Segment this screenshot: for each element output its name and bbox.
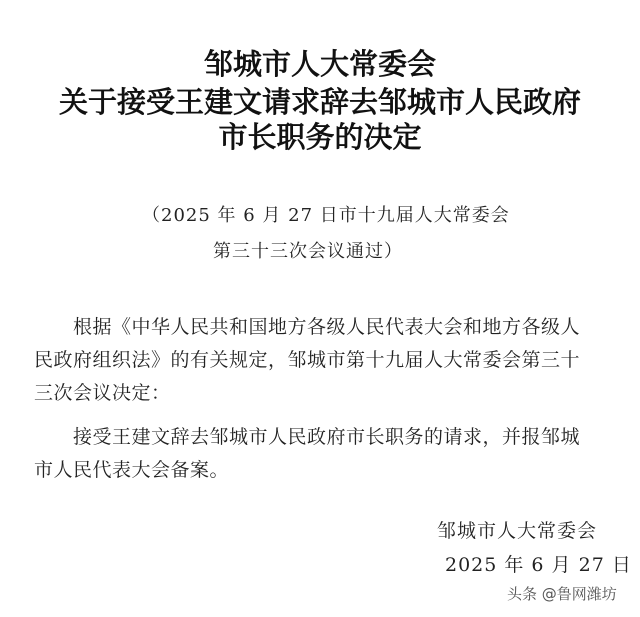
title-line-subject: 关于接受王建文请求辞去邹城市人民政府 (0, 85, 640, 119)
body-line: 接受王建文辞去邹城市人民政府市长职务的请求，并报邹城 (34, 421, 604, 454)
body-line: 根据《中华人民共和国地方各级人民代表大会和地方各级人 (34, 311, 604, 344)
body-line: 三次会议决定： (34, 377, 604, 410)
signature-organization: 邹城市人大常委会 (437, 519, 597, 543)
body-paragraph-decision: 接受王建文辞去邹城市人民政府市长职务的请求，并报邹城 市人民代表大会备案。 (34, 421, 604, 487)
body-paragraph-basis: 根据《中华人民共和国地方各级人民代表大会和地方各级人 民政府组织法》的有关规定，… (34, 311, 604, 410)
body-line: 市人民代表大会备案。 (34, 454, 604, 487)
signature-date: 2025 年 6 月 27 日 (445, 553, 632, 577)
title-line-subject-end: 市长职务的决定 (0, 120, 640, 154)
title-line-issuer: 邹城市人大常委会 (0, 47, 640, 81)
adoption-note-line-2: 第三十三次会议通过） (213, 240, 413, 264)
adoption-note-line-1: （2025 年 6 月 27 日市十九届人大常委会 (142, 204, 502, 228)
body-line: 民政府组织法》的有关规定，邹城市第十九届人大常委会第三十 (34, 344, 604, 377)
source-watermark: 头条 @鲁网潍坊 (507, 584, 617, 604)
